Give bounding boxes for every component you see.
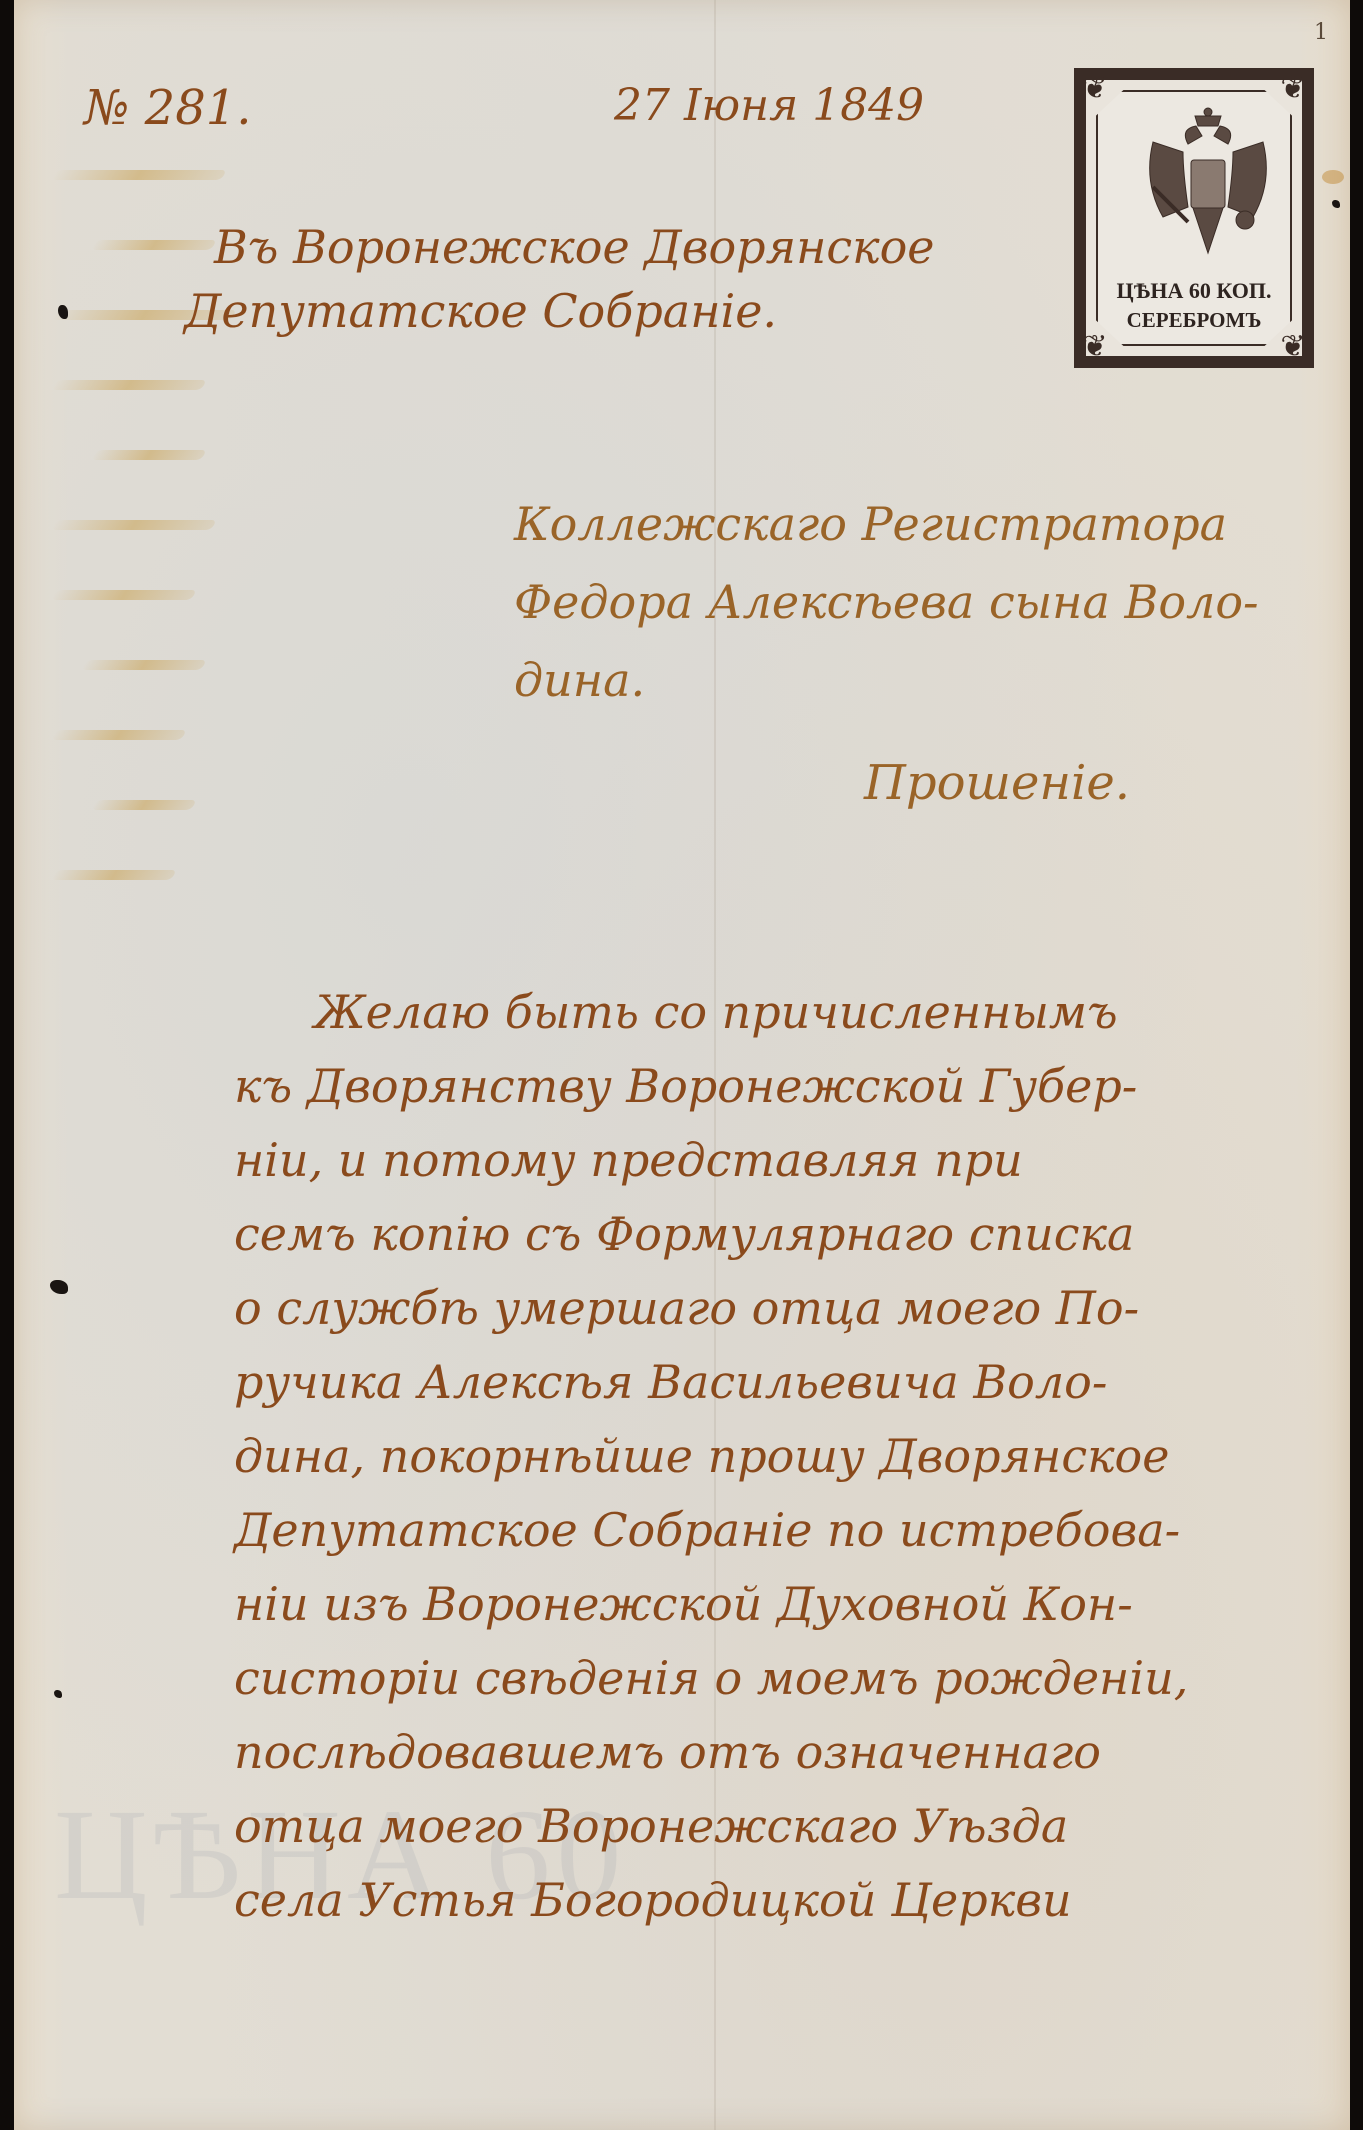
- document-date: 27 Іюня 1849: [614, 80, 924, 131]
- ornament-icon: ❦: [1276, 72, 1310, 106]
- sender-block: Коллежскаго Регистратора Федора Алексѣев…: [514, 485, 1259, 719]
- addressee-line: Депутатское Собраніе.: [184, 279, 935, 343]
- document-page: ЦѢНА 60 1 № 281. 27 Іюня 1849 ❦ ❦ ❦ ❦: [14, 0, 1350, 2130]
- body-line: ручика Алексѣя Васильевича Воло-: [234, 1345, 1354, 1419]
- double-headed-eagle-icon: [1133, 102, 1283, 272]
- ink-blot: [58, 305, 68, 319]
- body-line: семъ копію съ Формулярнаго списка: [234, 1197, 1354, 1271]
- body-line: Депутатское Собраніе по истребова-: [234, 1493, 1354, 1567]
- revenue-stamp: ❦ ❦ ❦ ❦ ЦѢНА 60 КОП. СЕРЕБРОМ: [1074, 68, 1314, 368]
- ornament-icon: ❦: [1078, 72, 1112, 106]
- body-line: систоріи свѣденія о моемъ рожденіи,: [234, 1641, 1354, 1715]
- ornament-icon: ❦: [1078, 330, 1112, 364]
- body-line: ніи, и потому представляя при: [234, 1123, 1354, 1197]
- body-line: отца моего Воронежскаго Уѣзда: [234, 1789, 1354, 1863]
- body-line: о службѣ умершаго отца моего По-: [234, 1271, 1354, 1345]
- body-line: Желаю быть со причисленнымъ: [234, 975, 1354, 1049]
- paper-stain: [1322, 170, 1344, 184]
- addressee-line: Въ Воронежское Дворянское: [214, 215, 935, 279]
- sender-line: дина.: [514, 641, 1259, 719]
- sender-line: Федора Алексѣева сына Воло-: [514, 563, 1259, 641]
- page-number: 1: [1314, 20, 1328, 45]
- ink-blot: [54, 1690, 62, 1698]
- body-line: села Устья Богородицкой Церкви: [234, 1863, 1354, 1937]
- record-number: № 281.: [84, 80, 252, 136]
- petition-body: Желаю быть со причисленнымъ къ Дворянств…: [234, 975, 1354, 1937]
- ornament-icon: ❦: [1276, 330, 1310, 364]
- stamp-frame: ЦѢНА 60 КОП. СЕРЕБРОМЪ: [1096, 90, 1292, 346]
- ink-blot: [50, 1280, 68, 1294]
- body-line: къ Дворянству Воронежской Губер-: [234, 1049, 1354, 1123]
- body-line: ніи изъ Воронежской Духовной Кон-: [234, 1567, 1354, 1641]
- stamp-currency: СЕРЕБРОМЪ: [1098, 308, 1290, 333]
- sender-line: Коллежскаго Регистратора: [514, 485, 1259, 563]
- body-line: дина, покорнѣйше прошу Дворянское: [234, 1419, 1354, 1493]
- ink-blot: [1332, 200, 1340, 208]
- body-line: послѣдовавшемъ отъ означеннаго: [234, 1715, 1354, 1789]
- addressee-block: Въ Воронежское Дворянское Депутатское Со…: [214, 215, 935, 343]
- stamp-price: ЦѢНА 60 КОП.: [1098, 278, 1290, 304]
- document-title: Прошеніе.: [864, 755, 1130, 811]
